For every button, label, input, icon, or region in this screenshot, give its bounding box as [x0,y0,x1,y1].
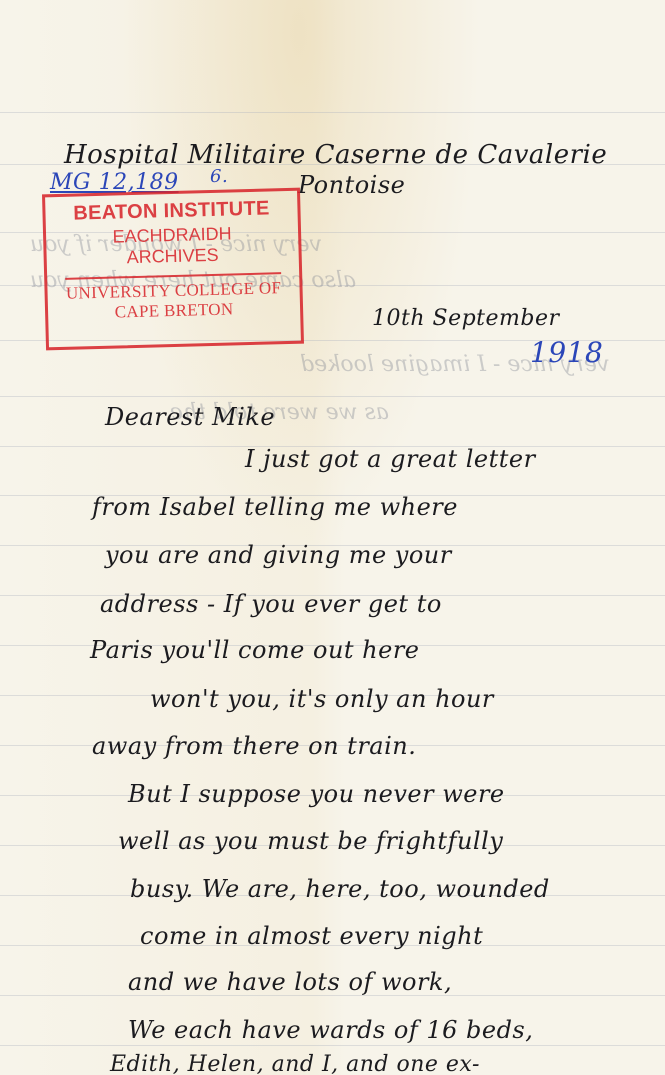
body-line: won't you, it's only an hour [150,685,494,713]
ruled-line [0,396,665,397]
archive-stamp: BEATON INSTITUTE EACHDRAIDH ARCHIVES UNI… [42,188,304,351]
letter-date: 10th September [372,306,560,331]
address-line-1: Hospital Militaire Caserne de Cavalerie [64,140,607,170]
catalog-item-number: 6. [210,166,228,187]
body-line: well as you must be frightfully [118,827,503,855]
body-line: away from there on train. [92,732,416,760]
address-line-2: Pontoise [298,171,405,199]
letter-year: 1918 [530,336,603,369]
body-line: busy. We are, here, too, wounded [130,875,550,903]
body-line: We each have wards of 16 beds, [128,1016,533,1044]
body-line: Edith, Helen, and I, and one ex- [110,1052,480,1075]
ruled-line [0,1045,665,1046]
body-line: Paris you'll come out here [90,636,420,664]
body-line: come in almost every night [140,922,483,950]
salutation: Dearest Mike [105,403,275,431]
body-line: you are and giving me your [105,541,452,569]
body-line: address - If you ever get to [100,590,442,618]
body-line: and we have lots of work, [128,968,452,996]
bleed-through-text: as we were told the [0,400,665,425]
body-line: I just got a great letter [245,445,536,473]
body-line: from Isabel telling me where [92,493,458,521]
ruled-line [0,112,665,113]
body-line: But I suppose you never were [128,780,505,808]
